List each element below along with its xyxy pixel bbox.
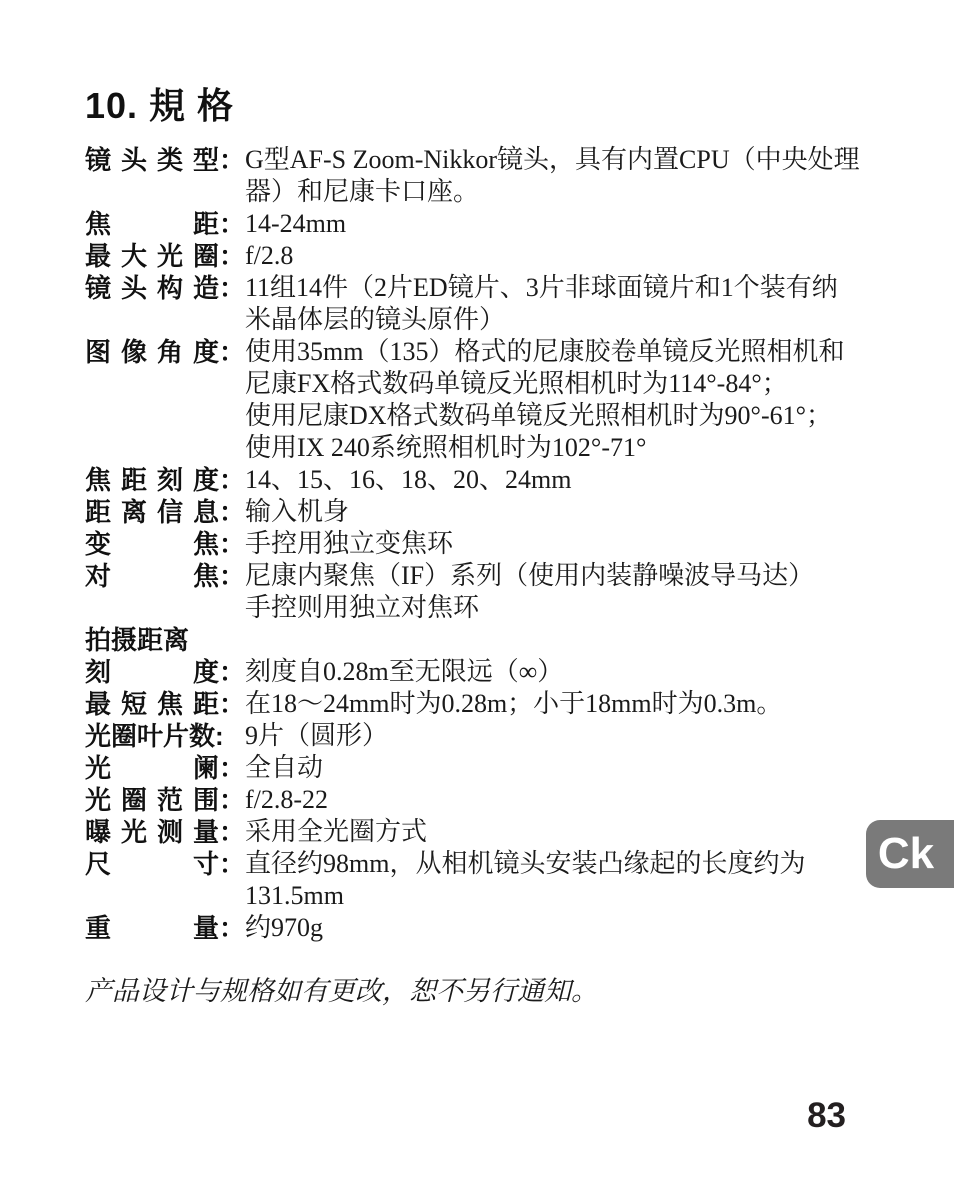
spec-value-line: 14、15、16、18、20、24mm [245,464,877,496]
spec-value: 9片（圆形） [245,720,877,752]
spec-value: 直径约98mm，从相机镜头安装凸缘起的长度约为 131.5mm [245,848,877,912]
spec-value: 约970g [245,912,877,944]
spec-label-text: 光圈范围 [85,784,219,816]
spec-value: 采用全光圈方式 [245,816,877,848]
spec-value-line: 直径约98mm，从相机镜头安装凸缘起的长度约为 [245,848,877,880]
spec-value-line: 米晶体层的镜头原件） [245,304,877,336]
spec-label: 图像角度： [85,336,245,368]
spec-label: 镜头构造： [85,272,245,304]
spec-label: 光阑： [85,752,245,784]
spec-label-text: 曝光测量 [85,816,219,848]
spec-label-colon: ： [219,752,245,784]
spec-value-line: 全自动 [245,752,877,784]
spec-row-diaphragm-blades: 光圈叶片数: 9片（圆形） [85,720,877,752]
spec-label-colon: ： [219,208,245,240]
spec-value: G型AF-S Zoom-Nikkor镜头，具有内置CPU（中央处理 器）和尼康卡… [245,144,877,208]
spec-label-text: 图像角度 [85,336,219,368]
spec-row-focal-length: 焦距： 14-24mm [85,208,877,240]
spec-label-colon: ： [219,784,245,816]
spec-value-line: 11组14件（2片ED镜片、3片非球面镜片和1个装有纳 [245,272,877,304]
spec-label: 曝光测量： [85,816,245,848]
spec-label-colon: ： [219,464,245,496]
spec-value: 14、15、16、18、20、24mm [245,464,877,496]
spec-label: 距离信息： [85,496,245,528]
spec-row-focusing: 对焦： 尼康内聚焦（IF）系列（使用内装静噪波导马达） 手控则用独立对焦环 [85,560,877,624]
spec-value: 使用35mm（135）格式的尼康胶卷单镜反光照相机和 尼康FX格式数码单镜反光照… [245,336,877,464]
spec-value-line: 尼康内聚焦（IF）系列（使用内装静噪波导马达） [245,560,877,592]
spec-value: 尼康内聚焦（IF）系列（使用内装静噪波导马达） 手控则用独立对焦环 [245,560,877,624]
spec-label-colon: ： [219,496,245,528]
disclaimer-note: 产品设计与规格如有更改，恕不另行通知。 [85,974,877,1008]
spec-row-diaphragm: 光阑： 全自动 [85,752,877,784]
spec-value: 全自动 [245,752,877,784]
language-tab-label: Ck [878,832,934,876]
spec-label-colon: ： [219,656,245,688]
spec-value-line: f/2.8 [245,240,877,272]
spec-label: 焦距刻度： [85,464,245,496]
spec-label: 对焦： [85,560,245,592]
spec-label-text: 尺寸 [85,848,219,880]
spec-value-line: 刻度自0.28m至无限远（∞） [245,656,877,688]
spec-row-scale: 刻度： 刻度自0.28m至无限远（∞） [85,656,877,688]
spec-label: 镜头类型： [85,144,245,176]
spec-value: 输入机身 [245,496,877,528]
page-number: 83 [807,1096,846,1136]
spec-label-text: 距离信息 [85,496,219,528]
spec-value-line: 131.5mm [245,880,877,912]
spec-value-line: 9片（圆形） [245,720,877,752]
spec-row-aperture-range: 光圈范围： f/2.8-22 [85,784,877,816]
spec-value-line: G型AF-S Zoom-Nikkor镜头，具有内置CPU（中央处理 [245,144,877,176]
spec-value: 手控用独立变焦环 [245,528,877,560]
spec-value-line: 手控则用独立对焦环 [245,592,877,624]
spec-label-text: 光阑 [85,752,219,784]
spec-label: 拍摄距离 [85,624,245,656]
spec-label: 最短焦距： [85,688,245,720]
spec-list: 镜头类型： G型AF-S Zoom-Nikkor镜头，具有内置CPU（中央处理 … [85,144,877,944]
spec-label-colon: ： [219,688,245,720]
spec-label: 光圈叶片数: [85,720,245,752]
spec-value-line: 使用IX 240系统照相机时为102°-71° [245,432,877,464]
spec-label: 刻度： [85,656,245,688]
spec-label-text: 拍摄距离 [85,624,189,656]
spec-label-text: 最短焦距 [85,688,219,720]
spec-label-text: 对焦 [85,560,219,592]
spec-value: 11组14件（2片ED镜片、3片非球面镜片和1个装有纳 米晶体层的镜头原件） [245,272,877,336]
spec-label-text: 镜头类型 [85,144,219,176]
spec-label: 重量： [85,912,245,944]
spec-label: 光圈范围： [85,784,245,816]
spec-label-text: 镜头构造 [85,272,219,304]
spec-value-line: 使用尼康DX格式数码单镜反光照相机时为90°-61°； [245,400,877,432]
spec-label: 变焦： [85,528,245,560]
language-tab-ck: Ck [866,820,954,888]
spec-row-zoom: 变焦： 手控用独立变焦环 [85,528,877,560]
spec-row-weight: 重量： 约970g [85,912,877,944]
spec-value-line: f/2.8-22 [245,784,877,816]
spec-label-colon: ： [219,336,245,368]
spec-label-text: 变焦 [85,528,219,560]
spec-value-line: 输入机身 [245,496,877,528]
spec-value: 在18～24mm时为0.28m；小于18mm时为0.3m。 [245,688,877,720]
spec-value: 14-24mm [245,208,877,240]
spec-label-text: 重量 [85,912,219,944]
spec-label-colon: ： [219,912,245,944]
spec-value-line: 使用35mm（135）格式的尼康胶卷单镜反光照相机和 [245,336,877,368]
spec-row-distance-info: 距离信息： 输入机身 [85,496,877,528]
page-content: 10. 規 格 镜头类型： G型AF-S Zoom-Nikkor镜头，具有内置C… [85,0,877,1008]
spec-row-shooting-distance-header: 拍摄距离 [85,624,877,656]
spec-value-line: 采用全光圈方式 [245,816,877,848]
spec-row-picture-angle: 图像角度： 使用35mm（135）格式的尼康胶卷单镜反光照相机和 尼康FX格式数… [85,336,877,464]
spec-label: 焦距： [85,208,245,240]
document-page: 10. 規 格 镜头类型： G型AF-S Zoom-Nikkor镜头，具有内置C… [0,0,954,1183]
spec-label: 尺寸： [85,848,245,880]
spec-label: 最大光圈： [85,240,245,272]
spec-value-line: 约970g [245,912,877,944]
spec-value-line: 在18～24mm时为0.28m；小于18mm时为0.3m。 [245,688,877,720]
spec-value-line: 14-24mm [245,208,877,240]
spec-label-colon: : [215,720,224,752]
spec-label-text: 光圈叶片数 [85,720,215,752]
spec-label-colon: ： [219,144,245,176]
spec-label-colon: ： [219,272,245,304]
spec-row-lens-type: 镜头类型： G型AF-S Zoom-Nikkor镜头，具有内置CPU（中央处理 … [85,144,877,208]
spec-label-text: 最大光圈 [85,240,219,272]
spec-row-focal-scale: 焦距刻度： 14、15、16、18、20、24mm [85,464,877,496]
spec-value-line: 手控用独立变焦环 [245,528,877,560]
spec-label-text: 焦距 [85,208,219,240]
spec-label-colon: ： [219,528,245,560]
spec-label-colon: ： [219,560,245,592]
spec-label-colon: ： [219,240,245,272]
spec-label-colon: ： [219,848,245,880]
spec-value-line: 尼康FX格式数码单镜反光照相机时为114°-84°； [245,368,877,400]
spec-label-text: 刻度 [85,656,219,688]
spec-row-max-aperture: 最大光圈： f/2.8 [85,240,877,272]
page-title: 10. 規 格 [85,86,877,126]
spec-row-closest-focus: 最短焦距： 在18～24mm时为0.28m；小于18mm时为0.3m。 [85,688,877,720]
spec-label-text: 焦距刻度 [85,464,219,496]
spec-row-exposure-measurement: 曝光测量： 采用全光圈方式 [85,816,877,848]
spec-label-colon: ： [219,816,245,848]
spec-value: f/2.8-22 [245,784,877,816]
spec-value-line: 器）和尼康卡口座。 [245,176,877,208]
spec-row-lens-construction: 镜头构造： 11组14件（2片ED镜片、3片非球面镜片和1个装有纳 米晶体层的镜… [85,272,877,336]
spec-value: 刻度自0.28m至无限远（∞） [245,656,877,688]
spec-value: f/2.8 [245,240,877,272]
spec-row-dimensions: 尺寸： 直径约98mm，从相机镜头安装凸缘起的长度约为 131.5mm [85,848,877,912]
